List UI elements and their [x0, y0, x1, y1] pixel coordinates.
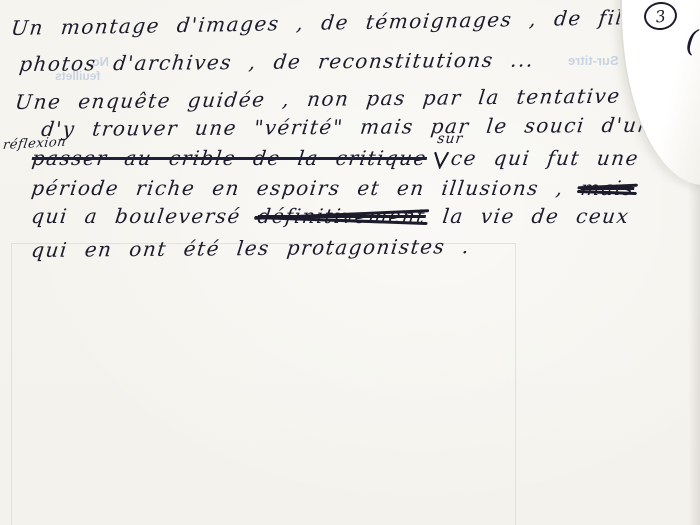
line-6-text: période riche en espoirs et en illusions…: [30, 176, 565, 200]
page-edge-shadow: [688, 160, 700, 525]
scribbled-word-mais: mais: [579, 176, 636, 200]
handwritten-line-4: d'y trouver une "vérité" mais par le sou…: [40, 113, 667, 141]
line-7-post: la vie de ceux: [441, 204, 631, 228]
bleedthrough-surtitre-label: Sur-titre: [568, 53, 619, 68]
handwritten-line-3: Une enquête guidée , non pas par la tent…: [14, 82, 700, 114]
scribbled-word-definitivement: définitivement: [256, 204, 427, 228]
struck-phrase: passer au crible de la critique: [30, 146, 428, 170]
line-7-pre: qui a bouleversé: [30, 204, 242, 228]
handwritten-line-5: passer au crible de la critique sur ce q…: [30, 146, 641, 174]
manuscript-page: No. feuillets Sur-titre ( 3 Un montage d…: [0, 0, 700, 525]
handwritten-line-2: photos d'archives , de reconstitutions .…: [18, 48, 536, 76]
line-5-tail: ce qui fut une: [450, 146, 641, 170]
caret-icon: [431, 150, 450, 174]
inserted-word: sur: [436, 131, 464, 147]
handwritten-line-8: qui en ont été les protagonistes .: [30, 234, 472, 262]
bleedthrough-form-box: [11, 243, 516, 525]
handwritten-line-7: qui a bouleversé définitivement la vie d…: [30, 204, 631, 228]
handwritten-line-1: Un montage d'images , de témoignages , d…: [10, 4, 697, 40]
handwritten-line-6: période riche en espoirs et en illusions…: [30, 176, 636, 200]
insertion-caret: sur: [431, 146, 450, 174]
